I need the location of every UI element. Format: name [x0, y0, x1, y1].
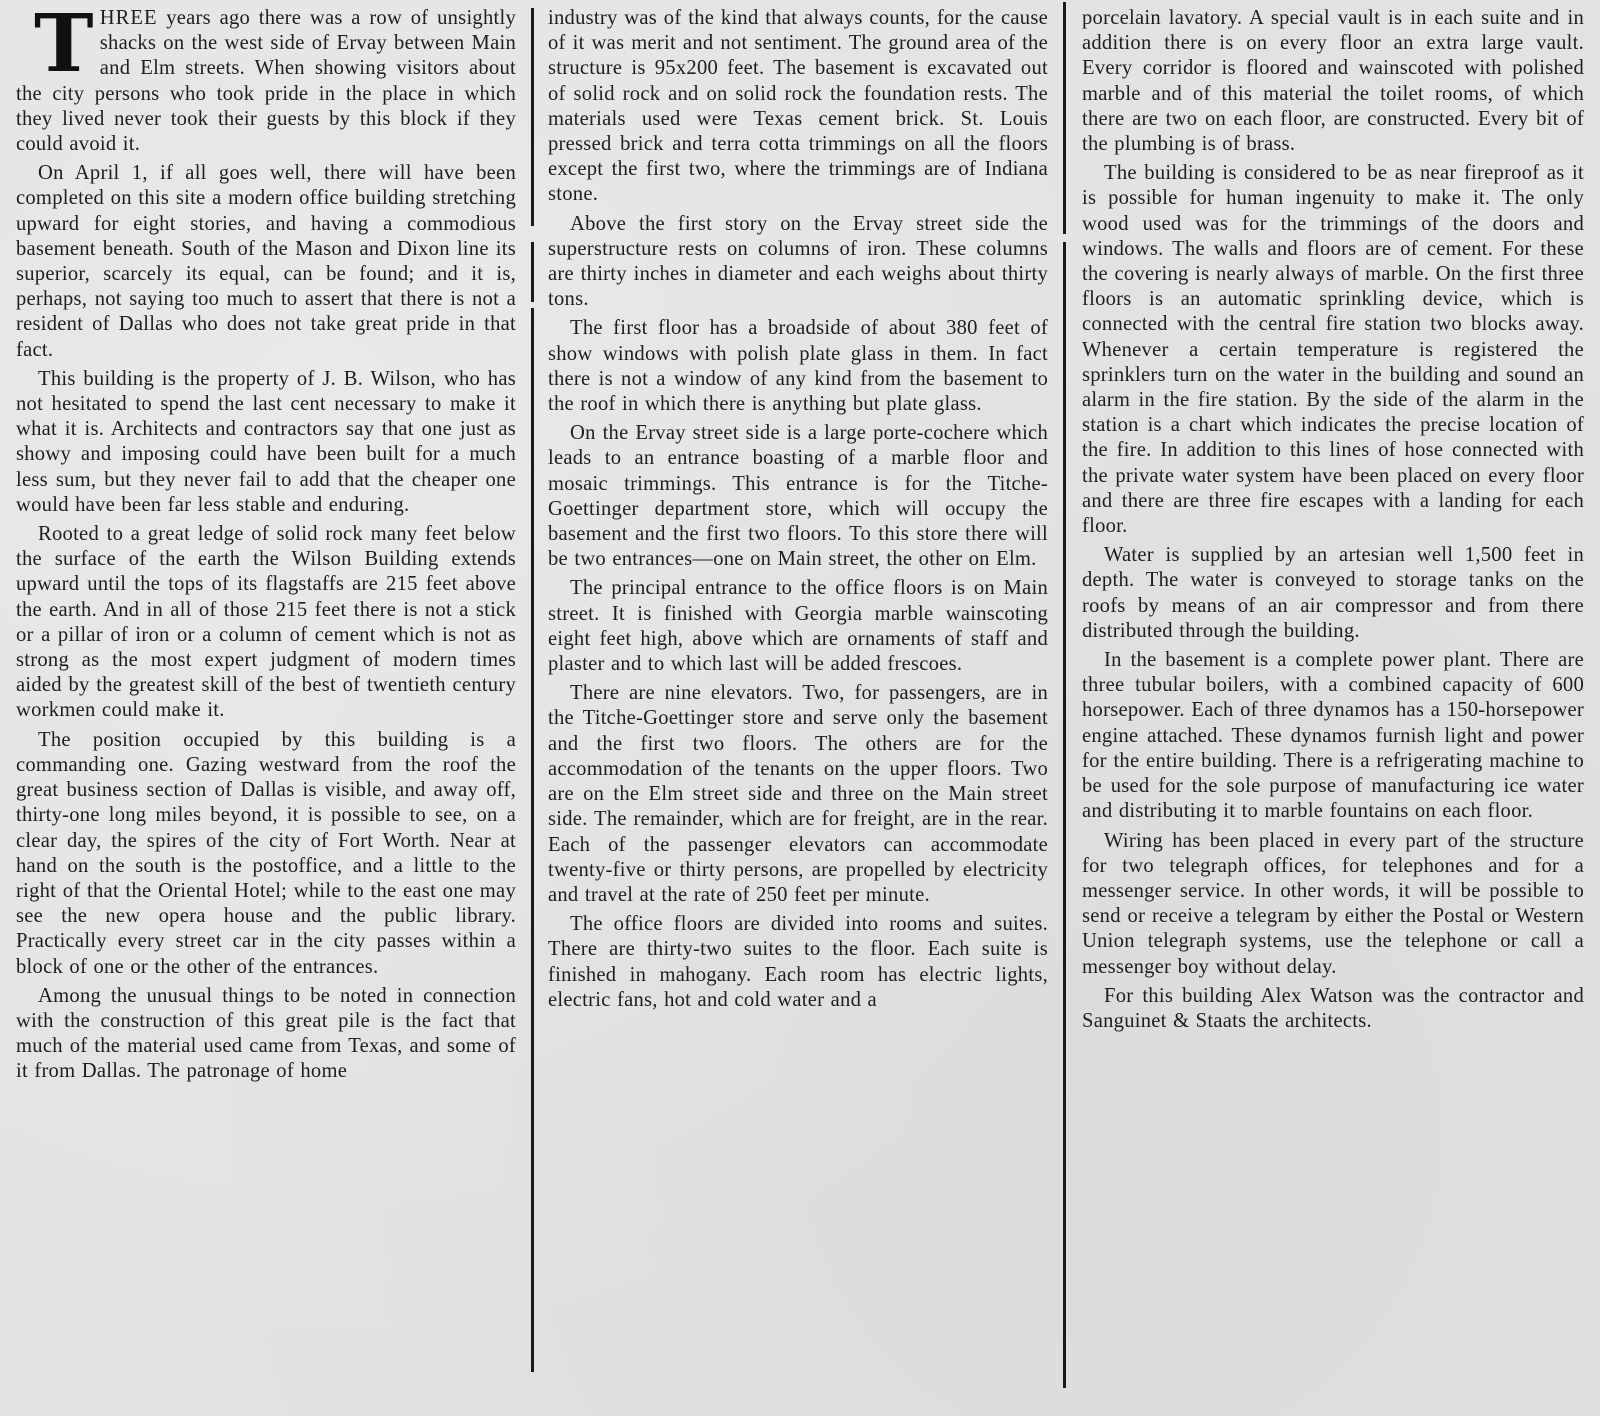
article-column-1: THREE years ago there was a row of unsig…	[16, 6, 516, 1085]
article-paragraph: Wiring has been placed in every part of …	[1082, 829, 1584, 980]
column-rule	[1063, 242, 1066, 1388]
drop-cap: T	[34, 10, 94, 76]
article-paragraph: Above the first story on the Ervay stree…	[548, 212, 1048, 313]
lead-caps: HREE	[100, 7, 158, 29]
article-paragraph: There are nine elevators. Two, for passe…	[548, 681, 1048, 908]
article-paragraph: This building is the property of J. B. W…	[16, 367, 516, 518]
article-paragraph: On the Ervay street side is a large port…	[548, 421, 1048, 572]
column-rule	[531, 242, 534, 302]
article-paragraph: The first floor has a broadside of about…	[548, 316, 1048, 417]
column-rule	[1063, 2, 1066, 234]
article-paragraph: In the basement is a complete power plan…	[1082, 648, 1584, 824]
article-paragraph: The office floors are divided into rooms…	[548, 912, 1048, 1013]
column-rule	[531, 8, 534, 226]
article-paragraph: industry was of the kind that always cou…	[548, 6, 1048, 208]
article-paragraph: Rooted to a great ledge of solid rock ma…	[16, 522, 516, 724]
newspaper-page: THREE years ago there was a row of unsig…	[0, 0, 1600, 1416]
article-paragraph: Among the unusual things to be noted in …	[16, 984, 516, 1085]
article-paragraph: Water is supplied by an artesian well 1,…	[1082, 543, 1584, 644]
article-paragraph: The principal entrance to the office flo…	[548, 576, 1048, 677]
article-paragraph: porcelain lavatory. A special vault is i…	[1082, 6, 1584, 157]
article-paragraph: The position occupied by this building i…	[16, 728, 516, 980]
article-paragraph: On April 1, if all goes well, there will…	[16, 161, 516, 363]
column-rule	[531, 308, 534, 1372]
article-column-2: industry was of the kind that always cou…	[548, 6, 1048, 1013]
article-column-3: porcelain lavatory. A special vault is i…	[1082, 6, 1584, 1034]
article-paragraph: THREE years ago there was a row of unsig…	[16, 6, 516, 157]
article-paragraph: The building is considered to be as near…	[1082, 161, 1584, 539]
article-paragraph: For this building Alex Watson was the co…	[1082, 984, 1584, 1034]
